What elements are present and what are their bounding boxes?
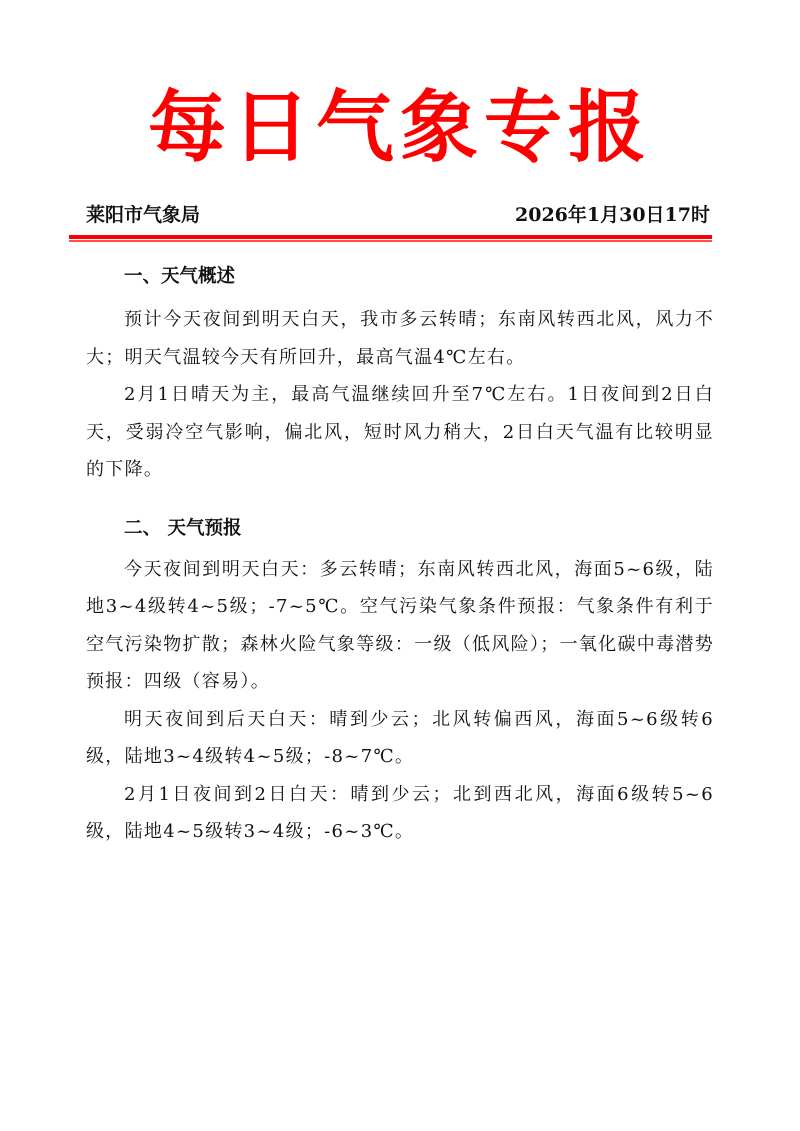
section-heading-overview: 一、天气概述	[86, 257, 714, 297]
red-divider-thick	[69, 235, 712, 239]
issuer: 莱阳市气象局	[86, 200, 200, 227]
overview-paragraph: 2月1日晴天为主，最高气温继续回升至7℃左右。1日夜间到2日白天，受弱冷空气影响…	[86, 376, 714, 489]
forecast-paragraph: 2月1日夜间到2日白天：晴到少云；北到西北风，海面6级转5~6级，陆地4~5级转…	[86, 776, 714, 851]
forecast-paragraph: 今天夜间到明天白天：多云转晴；东南风转西北风，海面5~6级，陆地3~4级转4~5…	[86, 551, 714, 701]
section-spacer	[86, 489, 714, 509]
overview-paragraph: 预计今天夜间到明天白天，我市多云转晴；东南风转西北风，风力不大；明天气温较今天有…	[86, 301, 714, 376]
document-body: 一、天气概述 预计今天夜间到明天白天，我市多云转晴；东南风转西北风，风力不大；明…	[86, 255, 714, 851]
forecast-paragraph: 明天夜间到后天白天：晴到少云；北风转偏西风，海面5~6级转6级，陆地3~4级转4…	[86, 701, 714, 776]
masthead-title: 每日气象专报	[0, 78, 800, 178]
red-divider-thin	[69, 240, 712, 242]
section-heading-forecast: 二、 天气预报	[86, 509, 714, 549]
issue-time: 2026年1月30日17时	[515, 200, 710, 227]
